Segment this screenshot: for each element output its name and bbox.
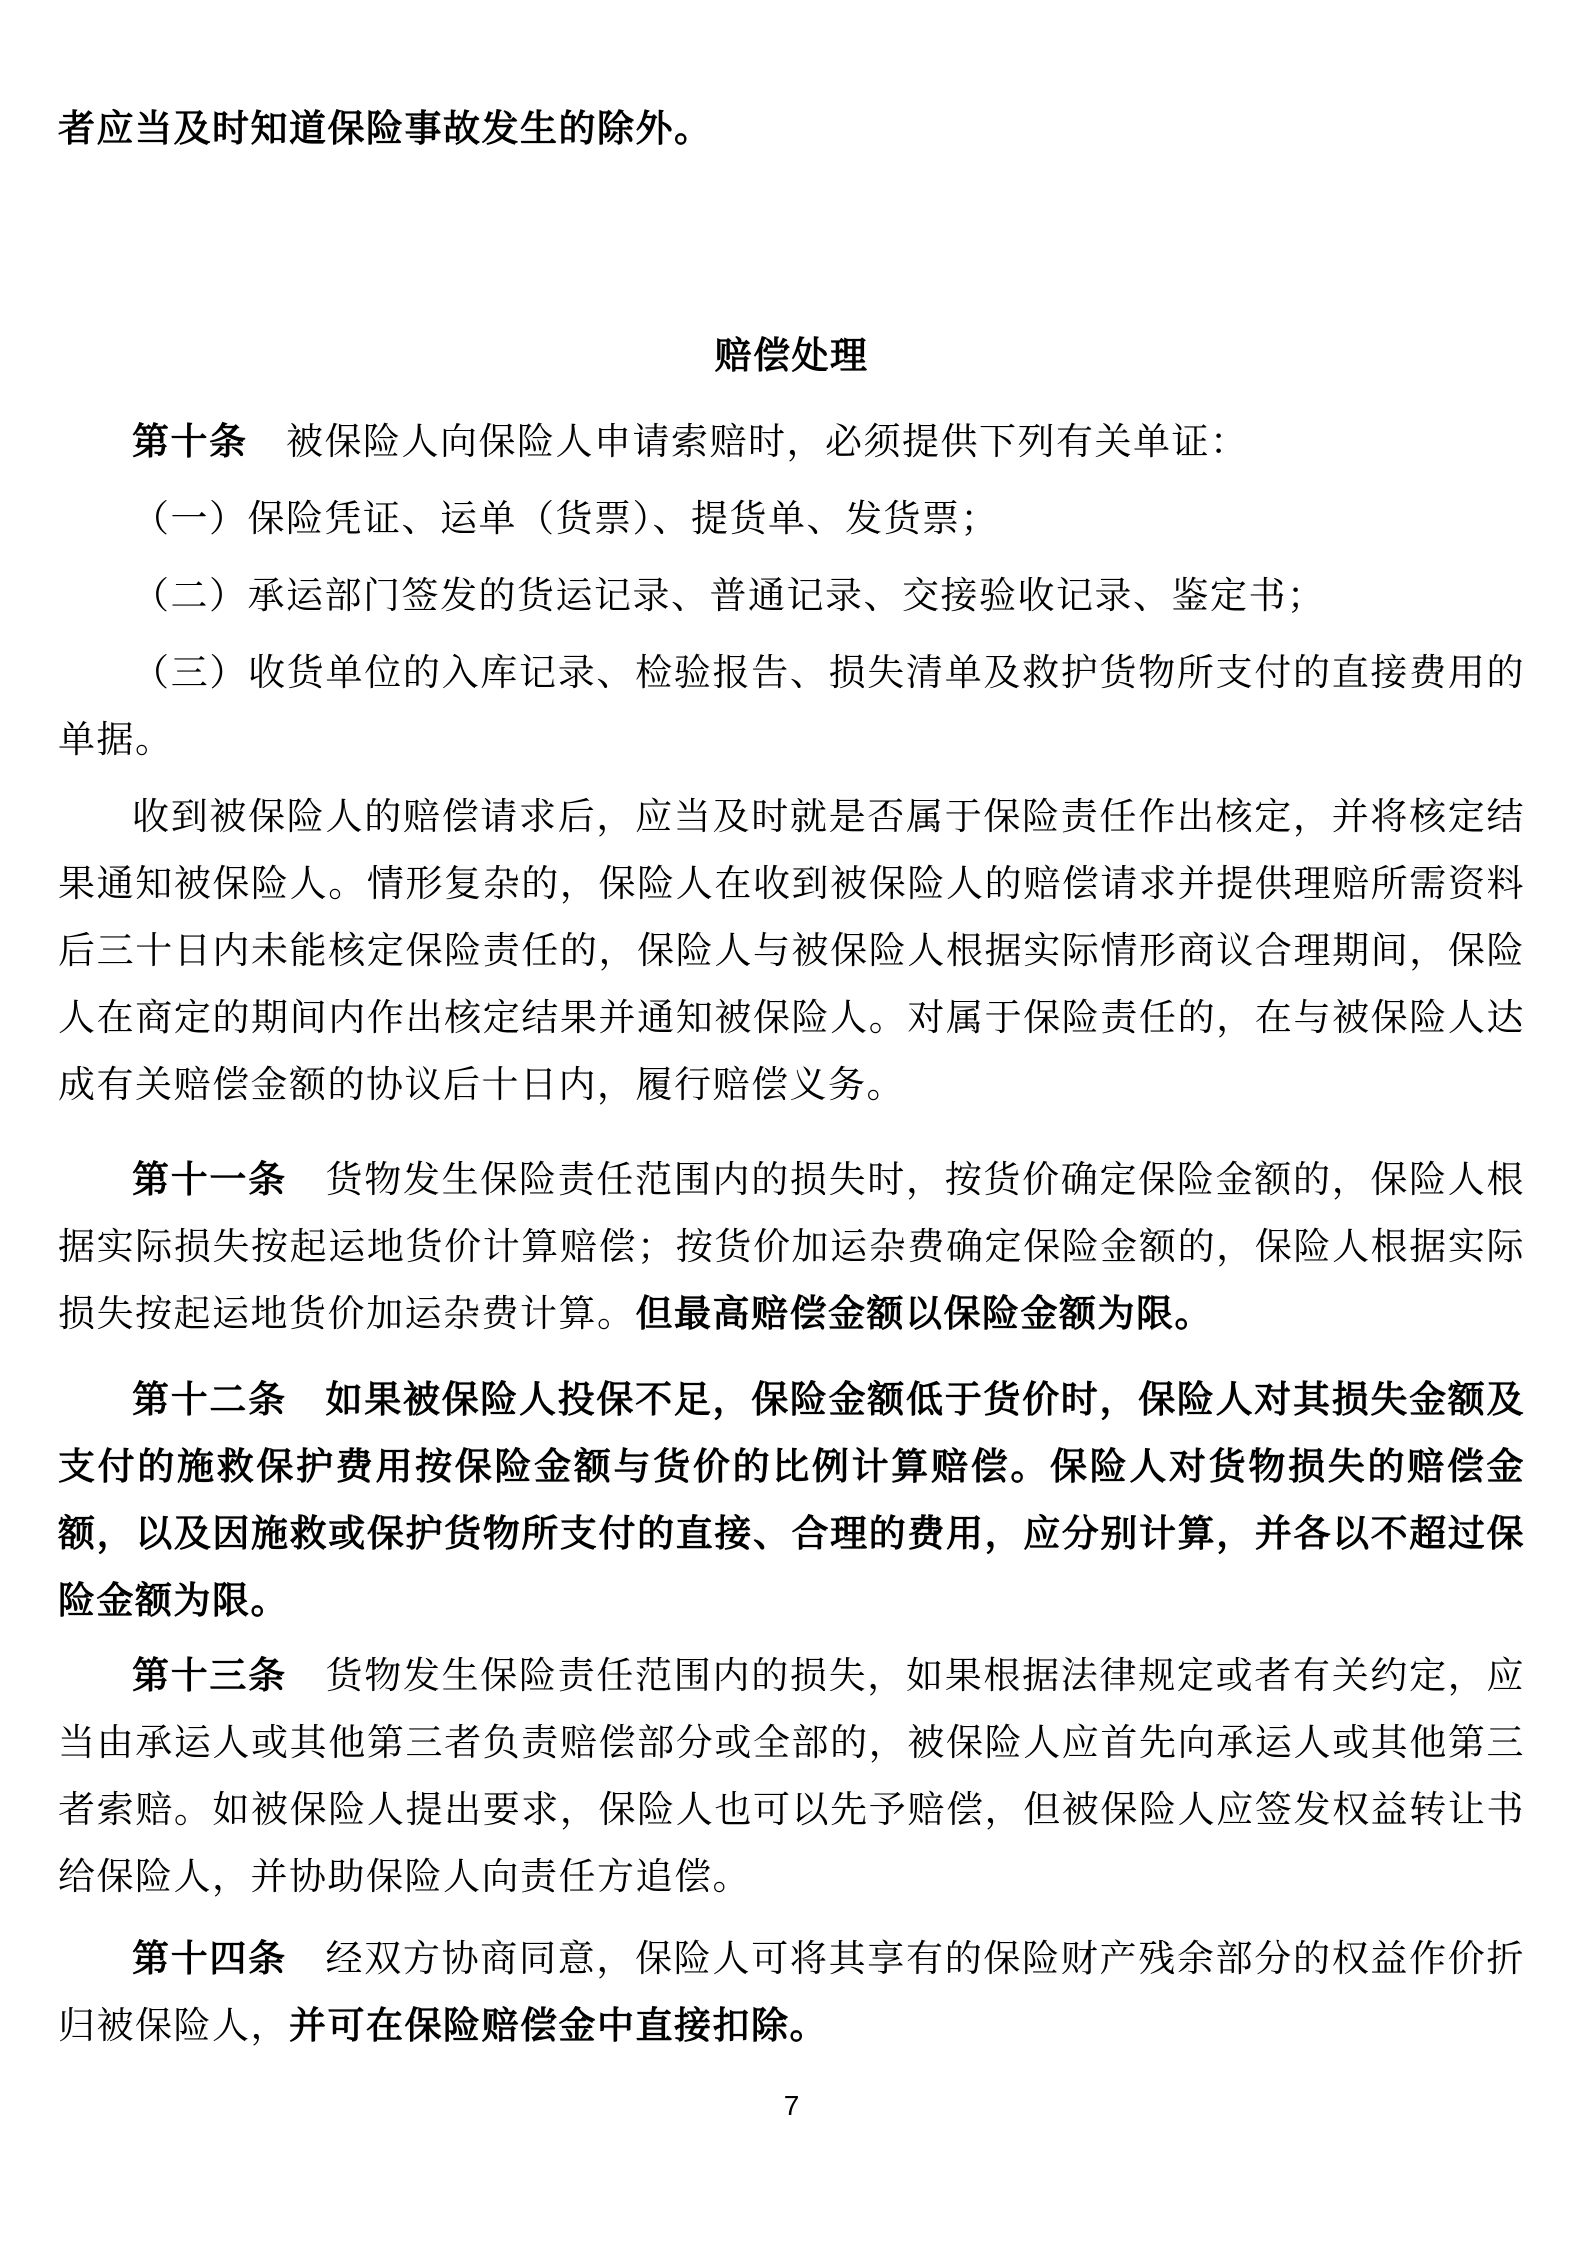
article-13-paragraph: 第十三条 货物发生保险责任范围内的损失，如果根据法律规定或者有关约定，应当由承运…	[58, 1642, 1525, 1910]
document-page: 者应当及时知道保险事故发生的除外。 赔偿处理 第十条 被保险人向保险人申请索赔时…	[0, 0, 1587, 2245]
article-10-item-1: （一）保险凭证、运单（货票）、提货单、发货票；	[58, 485, 1525, 552]
article-14-paragraph: 第十四条 经双方协商同意，保险人可将其享有的保险财产残余部分的权益作价折归被保险…	[58, 1925, 1525, 2059]
continuation-line: 者应当及时知道保险事故发生的除外。	[58, 95, 1525, 162]
article-11-emphasis: 但最高赔偿金额以保险金额为限。	[636, 1293, 1214, 1334]
article-10-label: 第十条	[132, 421, 248, 462]
article-10-item-3: （三）收货单位的入库记录、检验报告、损失清单及救护货物所支付的直接费用的单据。	[58, 639, 1525, 773]
article-10-text: 被保险人向保险人申请索赔时，必须提供下列有关单证：	[248, 421, 1249, 462]
article-12-label: 第十二条	[132, 1379, 287, 1420]
claim-review-paragraph: 收到被保险人的赔偿请求后，应当及时就是否属于保险责任作出核定，并将核定结果通知被…	[58, 783, 1525, 1118]
section-heading: 赔偿处理	[58, 322, 1525, 389]
article-10-item-2: （二）承运部门签发的货运记录、普通记录、交接验收记录、鉴定书；	[58, 562, 1525, 629]
article-13-label: 第十三条	[132, 1655, 287, 1696]
article-11-paragraph: 第十一条 货物发生保险责任范围内的损失时，按货价确定保险金额的，保险人根据实际损…	[58, 1146, 1525, 1347]
article-14-emphasis: 并可在保险赔偿金中直接扣除。	[289, 2005, 828, 2046]
page-number: 7	[58, 2089, 1525, 2123]
article-12-paragraph: 第十二条 如果被保险人投保不足，保险金额低于货价时，保险人对其损失金额及支付的施…	[58, 1366, 1525, 1634]
article-14-label: 第十四条	[132, 1938, 287, 1979]
article-11-label: 第十一条	[132, 1159, 287, 1200]
article-10-paragraph: 第十条 被保险人向保险人申请索赔时，必须提供下列有关单证：	[58, 408, 1525, 475]
